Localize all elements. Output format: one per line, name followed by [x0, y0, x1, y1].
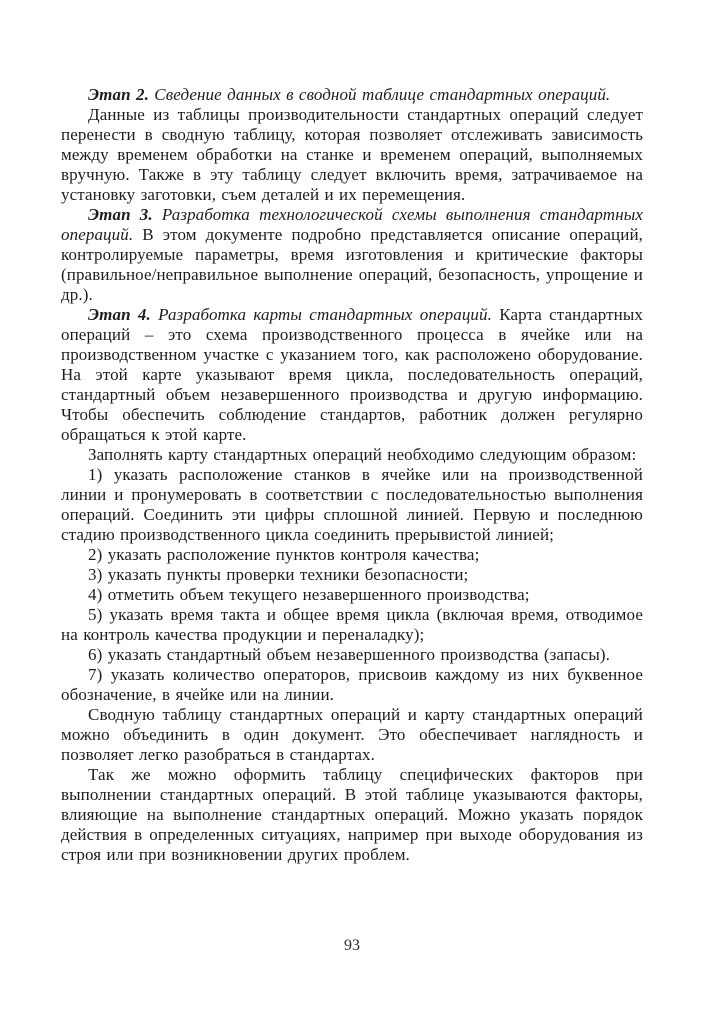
- paragraph: Этап 4. Разработка карты стандартных опе…: [61, 305, 643, 445]
- text-run-normal: 2) указать расположение пунктов контроля…: [88, 545, 479, 564]
- text-block: Этап 2. Сведение данных в сводной таблиц…: [61, 85, 643, 865]
- paragraph: Так же можно оформить таблицу специфичес…: [61, 765, 643, 865]
- text-run-normal: Данные из таблицы производительности ста…: [61, 105, 648, 204]
- text-run-italic: Сведение данных в сводной таблице станда…: [149, 85, 610, 104]
- text-run-normal: 5) указать время такта и общее время цик…: [61, 605, 648, 644]
- text-run-bold-italic: Этап 3.: [88, 205, 153, 224]
- paragraph: Заполнять карту стандартных операций нео…: [61, 445, 643, 465]
- paragraph: Сводную таблицу стандартных операций и к…: [61, 705, 643, 765]
- text-run-normal: 6) указать стандартный объем незавершенн…: [88, 645, 610, 664]
- paragraph: 7) указать количество операторов, присво…: [61, 665, 643, 705]
- paragraph: 5) указать время такта и общее время цик…: [61, 605, 643, 645]
- paragraph: 1) указать расположение станков в ячейке…: [61, 465, 643, 545]
- paragraph: Этап 2. Сведение данных в сводной таблиц…: [61, 85, 643, 105]
- text-run-italic: Разработка карты стандартных операций.: [151, 305, 492, 324]
- text-run-normal: Сводную таблицу стандартных операций и к…: [61, 705, 648, 764]
- text-run-bold-italic: Этап 2.: [88, 85, 149, 104]
- text-run-normal: 4) отметить объем текущего незавершенног…: [88, 585, 530, 604]
- text-run-normal: 7) указать количество операторов, присво…: [61, 665, 648, 704]
- page-number: 93: [61, 936, 643, 956]
- paragraph: Данные из таблицы производительности ста…: [61, 105, 643, 205]
- paragraph: 4) отметить объем текущего незавершенног…: [61, 585, 643, 605]
- paragraph: 3) указать пункты проверки техники безоп…: [61, 565, 643, 585]
- text-run-normal: Карта стандартных операций – это схема п…: [61, 305, 648, 444]
- paragraph: 6) указать стандартный объем незавершенн…: [61, 645, 643, 665]
- paragraph: Этап 3. Разработка технологической схемы…: [61, 205, 643, 305]
- document-page: Этап 2. Сведение данных в сводной таблиц…: [0, 0, 724, 1024]
- paragraph: 2) указать расположение пунктов контроля…: [61, 545, 643, 565]
- text-run-normal: 3) указать пункты проверки техники безоп…: [88, 565, 468, 584]
- text-run-normal: В этом документе подробно представляется…: [61, 225, 648, 304]
- text-run-normal: Заполнять карту стандартных операций нео…: [88, 445, 636, 464]
- text-run-bold-italic: Этап 4.: [88, 305, 151, 324]
- text-run-normal: Так же можно оформить таблицу специфичес…: [61, 765, 648, 864]
- text-run-normal: 1) указать расположение станков в ячейке…: [61, 465, 648, 544]
